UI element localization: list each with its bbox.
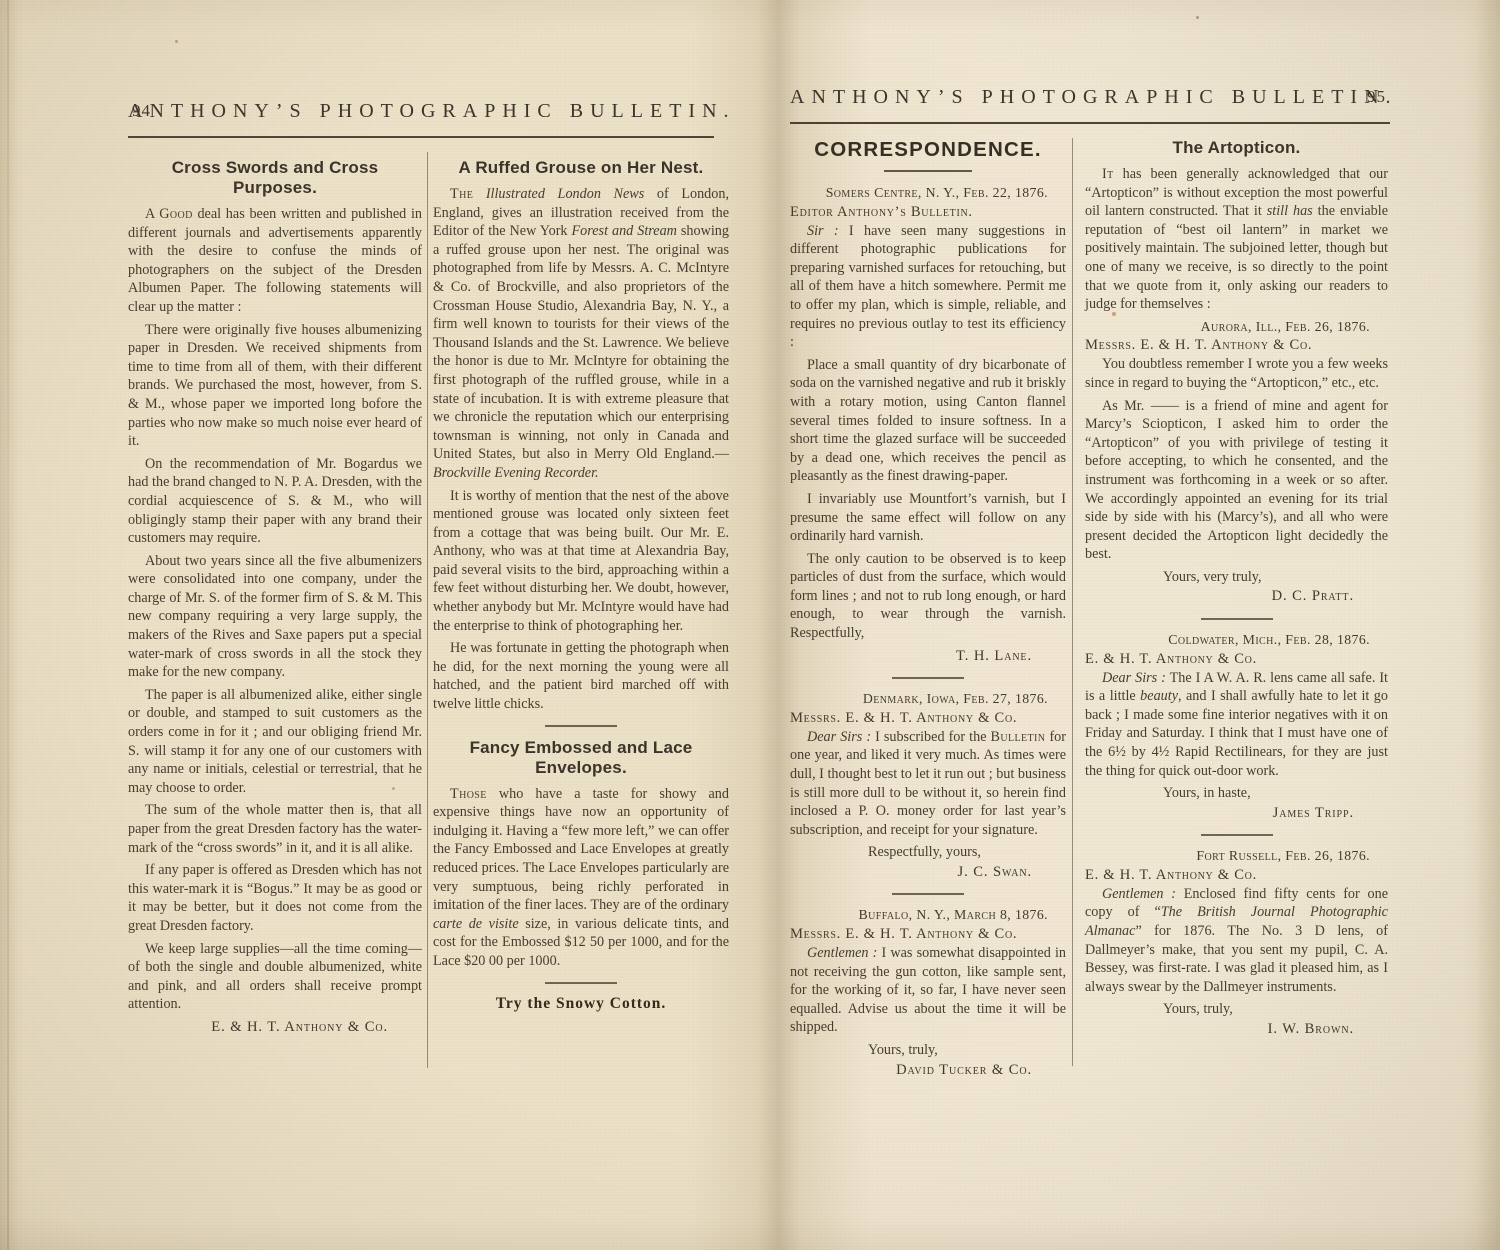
letter-dateline: Coldwater, Mich., Feb. 28, 1876.: [1085, 631, 1388, 650]
letter-dateline: Denmark, Iowa, Feb. 27, 1876.: [790, 690, 1066, 709]
signature-line: E. & H. T. Anthony & Co.: [128, 1018, 422, 1038]
signature-line: T. H. Lane.: [790, 647, 1066, 667]
paragraph: Those who have a taste for showy and exp…: [433, 785, 729, 971]
right-column-2: The Artopticon. It has been generally ac…: [1085, 138, 1388, 1039]
paper-speck: [1112, 312, 1116, 316]
letter-somers-centre: Somers Centre, N. Y., Feb. 22, 1876. Edi…: [790, 184, 1066, 666]
paragraph: It is worthy of mention that the nest of…: [433, 487, 729, 636]
article-title: Cross Swords and Cross Purposes.: [128, 158, 422, 198]
heading-rule: [884, 170, 972, 172]
article-body: A Good deal has been written and publish…: [128, 205, 422, 1014]
paragraph: We keep large supplies—all the time comi…: [128, 940, 422, 1014]
paper-speck: [175, 40, 178, 43]
left-page-header: 94 ANTHONY’S PHOTOGRAPHIC BULLETIN.: [128, 100, 713, 123]
letter-closing: Yours, very truly,: [1085, 568, 1388, 587]
letter-divider: [892, 677, 964, 679]
letter-fort-russell: Fort Russell, Feb. 26, 1876. E. & H. T. …: [1085, 847, 1388, 1039]
paragraph: If any paper is offered as Dresden which…: [128, 861, 422, 935]
letter-addressee: E. & H. T. Anthony & Co.: [1085, 650, 1388, 669]
paragraph: Gentlemen : Enclosed find fifty cents fo…: [1085, 885, 1388, 997]
paragraph: It has been generally acknowledged that …: [1085, 165, 1388, 314]
paragraph: The paper is all albumenized alike, eith…: [128, 686, 422, 798]
letter-body: You doubtless remember I wrote you a few…: [1085, 355, 1388, 564]
paragraph: Dear Sirs : The I A W. A. R. lens came a…: [1085, 669, 1388, 781]
section-divider: [545, 982, 617, 984]
paragraph: The only caution to be observed is to ke…: [790, 550, 1066, 643]
left-header-rule: [128, 136, 714, 138]
letter-dateline: Fort Russell, Feb. 26, 1876.: [1085, 847, 1388, 866]
open-book-spread: 94 ANTHONY’S PHOTOGRAPHIC BULLETIN. Cros…: [0, 0, 1500, 1250]
letter-dateline: Buffalo, N. Y., March 8, 1876.: [790, 906, 1066, 925]
paragraph: The Illustrated London News of London, E…: [433, 185, 729, 483]
left-page-number: 94: [132, 101, 151, 121]
article-title: A Ruffed Grouse on Her Nest.: [433, 158, 729, 178]
letter-divider: [892, 893, 964, 895]
paper-speck: [392, 787, 395, 790]
paragraph: Gentlemen : I was somewhat disappointed …: [790, 944, 1066, 1037]
letter-divider: [1201, 618, 1273, 620]
paragraph: About two years since all the five album…: [128, 552, 422, 682]
letter-denmark: Denmark, Iowa, Feb. 27, 1876. Messrs. E.…: [790, 690, 1066, 882]
page-edge-crease: [7, 0, 9, 1250]
advertisement-tagline: Try the Snowy Cotton.: [433, 995, 729, 1013]
paragraph: Dear Sirs : I subscribed for the Bulleti…: [790, 728, 1066, 840]
signature-line: D. C. Pratt.: [1085, 587, 1388, 607]
signature-line: James Tripp.: [1085, 804, 1388, 824]
letter-aurora: Aurora, Ill., Feb. 26, 1876. Messrs. E. …: [1085, 318, 1388, 607]
paragraph: As Mr. —— is a friend of mine and agent …: [1085, 397, 1388, 564]
letter-coldwater: Coldwater, Mich., Feb. 28, 1876. E. & H.…: [1085, 631, 1388, 823]
letter-closing: Respectfully, yours,: [790, 843, 1066, 862]
letter-dateline: Aurora, Ill., Feb. 26, 1876.: [1085, 318, 1388, 337]
article-body: The Illustrated London News of London, E…: [433, 185, 729, 714]
letter-addressee: E. & H. T. Anthony & Co.: [1085, 866, 1388, 885]
paragraph: The sum of the whole matter then is, tha…: [128, 801, 422, 857]
right-column-divider: [1072, 138, 1073, 1066]
article-title: The Artopticon.: [1085, 138, 1388, 158]
left-running-title: ANTHONY’S PHOTOGRAPHIC BULLETIN.: [128, 100, 713, 123]
letter-closing: Yours, in haste,: [1085, 784, 1388, 803]
left-column-2: A Ruffed Grouse on Her Nest. The Illustr…: [433, 152, 729, 1013]
article-title: Fancy Embossed and Lace Envelopes.: [433, 738, 729, 778]
paragraph: You doubtless remember I wrote you a few…: [1085, 355, 1388, 392]
paragraph: There were originally five houses albume…: [128, 321, 422, 451]
signature-line: I. W. Brown.: [1085, 1020, 1388, 1040]
paper-speck: [1196, 16, 1199, 19]
article-body: Those who have a taste for showy and exp…: [433, 785, 729, 971]
letter-addressee: Messrs. E. & H. T. Anthony & Co.: [1085, 336, 1388, 355]
letter-buffalo: Buffalo, N. Y., March 8, 1876. Messrs. E…: [790, 906, 1066, 1080]
paragraph: Sir : I have seen many suggestions in di…: [790, 222, 1066, 352]
letter-body: Dear Sirs : The I A W. A. R. lens came a…: [1085, 669, 1388, 781]
paragraph: Place a small quantity of dry bicarbonat…: [790, 356, 1066, 486]
letter-closing: Yours, truly,: [790, 1041, 1066, 1060]
section-divider: [545, 725, 617, 727]
article-grouse: A Ruffed Grouse on Her Nest. The Illustr…: [433, 158, 729, 714]
article-artopticon: The Artopticon. It has been generally ac…: [1085, 138, 1388, 314]
signature-line: J. C. Swan.: [790, 863, 1066, 883]
left-column-1: Cross Swords and Cross Purposes. A Good …: [128, 152, 422, 1037]
letter-closing: Yours, truly,: [1085, 1000, 1388, 1019]
correspondence-heading: CORRESPONDENCE.: [790, 138, 1066, 162]
paragraph: A Good deal has been written and publish…: [128, 205, 422, 317]
left-column-divider: [427, 152, 428, 1068]
right-page-header: ANTHONY’S PHOTOGRAPHIC BULLETIN. 95: [790, 86, 1390, 109]
right-column-1: CORRESPONDENCE. Somers Centre, N. Y., Fe…: [790, 138, 1066, 1080]
letter-addressee: Messrs. E. & H. T. Anthony & Co.: [790, 709, 1066, 728]
letter-body: Gentlemen : I was somewhat disappointed …: [790, 944, 1066, 1037]
paragraph: I invariably use Mountfort’s varnish, bu…: [790, 490, 1066, 546]
article-cross-swords: Cross Swords and Cross Purposes. A Good …: [128, 158, 422, 1037]
right-running-title: ANTHONY’S PHOTOGRAPHIC BULLETIN.: [790, 86, 1390, 109]
right-page-number: 95: [1367, 87, 1386, 107]
article-body: It has been generally acknowledged that …: [1085, 165, 1388, 314]
right-header-rule: [790, 122, 1390, 124]
letter-body: Gentlemen : Enclosed find fifty cents fo…: [1085, 885, 1388, 997]
paragraph: On the recommendation of Mr. Bogardus we…: [128, 455, 422, 548]
article-envelopes: Fancy Embossed and Lace Envelopes. Those…: [433, 738, 729, 971]
letter-divider: [1201, 834, 1273, 836]
letter-dateline: Somers Centre, N. Y., Feb. 22, 1876.: [790, 184, 1066, 203]
letter-body: Dear Sirs : I subscribed for the Bulleti…: [790, 728, 1066, 840]
letter-addressee: Messrs. E. & H. T. Anthony & Co.: [790, 925, 1066, 944]
paragraph: He was fortunate in getting the photogra…: [433, 639, 729, 713]
signature-line: David Tucker & Co.: [790, 1061, 1066, 1081]
letter-addressee: Editor Anthony’s Bulletin.: [790, 203, 1066, 222]
letter-body: Sir : I have seen many suggestions in di…: [790, 222, 1066, 643]
